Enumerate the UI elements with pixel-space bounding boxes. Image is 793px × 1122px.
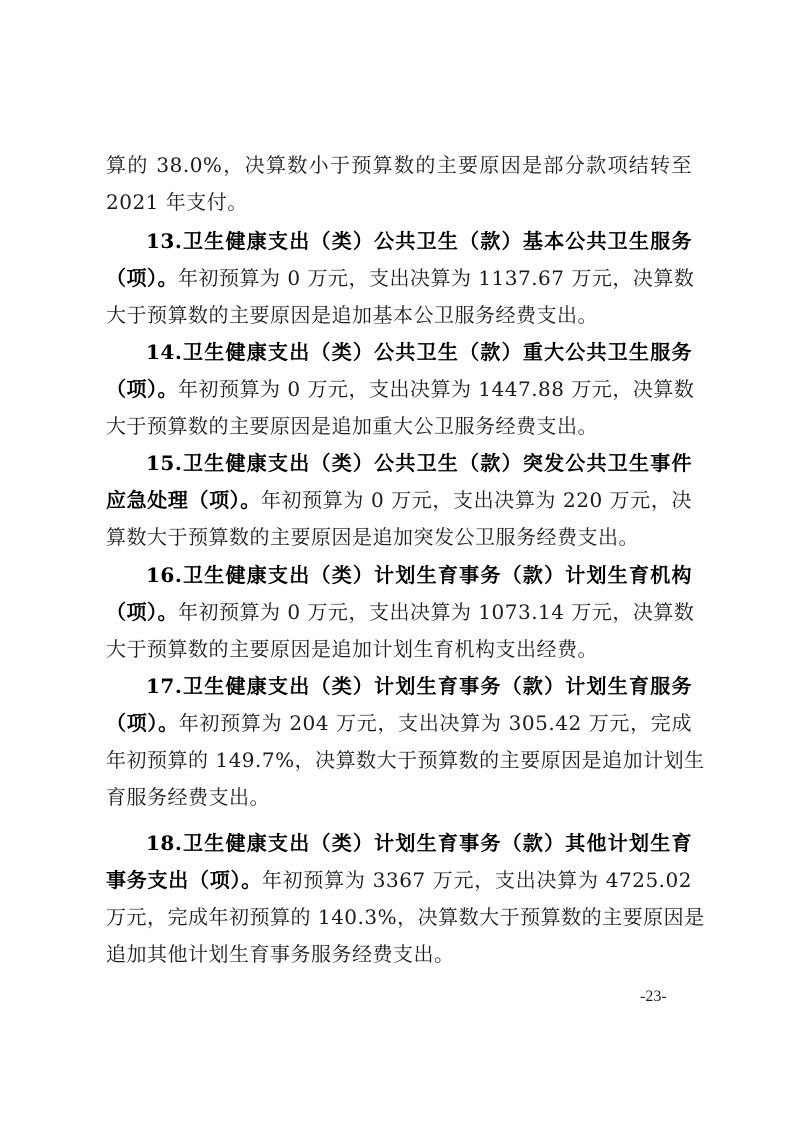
text: 算的 38.0%，决算数小于预算数的主要原因是部分款项结转至: [106, 153, 692, 177]
page-number: -23-: [640, 988, 667, 1006]
item-18-heading: 18.卫生健康支出（类）计划生育事务（款）其他计划生育: [146, 830, 692, 856]
item-15-heading: 15.卫生健康支出（类）公共卫生（款）突发公共卫生事件: [146, 450, 692, 476]
body-text: 年初预算为 3367 万元，支出决算为 4725.02: [262, 868, 692, 892]
heading-text: 18.卫生健康支出（类）计划生育事务（款）其他计划生育: [146, 831, 692, 855]
item-15-line: 算数大于预算数的主要原因是追加突发公卫服务经费支出。: [106, 524, 692, 550]
body-text: 年初预算为 0 万元，支出决算为 1447.88 万元，决算数: [178, 377, 694, 401]
item-18-line: 追加其他计划生育事务服务经费支出。: [106, 941, 692, 967]
item-15-line: 应急处理（项）。年初预算为 0 万元，支出决算为 220 万元，决: [106, 487, 692, 513]
heading-text: 13.卫生健康支出（类）公共卫生（款）基本公共卫生服务: [146, 229, 692, 253]
item-14-line: 大于预算数的主要原因是追加重大公卫服务经费支出。: [106, 413, 692, 439]
body-text: 育服务经费支出。: [106, 785, 270, 809]
paragraph-line: 算的 38.0%，决算数小于预算数的主要原因是部分款项结转至: [106, 152, 692, 178]
item-18-line: 事务支出（项）。年初预算为 3367 万元，支出决算为 4725.02: [106, 867, 692, 893]
body-text: 万元，完成年初预算的 140.3%，决算数大于预算数的主要原因是: [106, 905, 705, 929]
document-page: 算的 38.0%，决算数小于预算数的主要原因是部分款项结转至 2021 年支付。…: [0, 0, 793, 1122]
body-text: 大于预算数的主要原因是追加基本公卫服务经费支出。: [106, 303, 598, 327]
item-17-line: （项）。年初预算为 204 万元，支出决算为 305.42 万元，完成: [106, 710, 692, 736]
item-16-line: 大于预算数的主要原因是追加计划生育机构支出经费。: [106, 636, 692, 662]
paragraph-line: 2021 年支付。: [106, 189, 692, 215]
item-17-heading: 17.卫生健康支出（类）计划生育事务（款）计划生育服务: [146, 673, 692, 699]
item-17-line: 年初预算的 149.7%，决算数大于预算数的主要原因是追加计划生: [106, 747, 692, 773]
body-text: 年初预算为 0 万元，支出决算为 1073.14 万元，决算数: [178, 600, 694, 624]
heading-text: 应急处理（项）。: [106, 488, 261, 512]
heading-text: （项）。: [106, 377, 178, 401]
heading-text: 事务支出（项）。: [106, 868, 262, 892]
text: 2021 年支付。: [106, 190, 248, 214]
heading-text: （项）。: [106, 266, 178, 290]
heading-text: （项）。: [106, 600, 178, 624]
item-16-heading: 16.卫生健康支出（类）计划生育事务（款）计划生育机构: [146, 562, 692, 588]
item-13-heading: 13.卫生健康支出（类）公共卫生（款）基本公共卫生服务: [146, 228, 692, 254]
item-16-line: （项）。年初预算为 0 万元，支出决算为 1073.14 万元，决算数: [106, 599, 692, 625]
item-14-line: （项）。年初预算为 0 万元，支出决算为 1447.88 万元，决算数: [106, 376, 692, 402]
heading-text: 16.卫生健康支出（类）计划生育事务（款）计划生育机构: [146, 563, 692, 587]
body-text: 年初预算为 0 万元，支出决算为 220 万元，决: [261, 488, 692, 512]
body-text: 年初预算的 149.7%，决算数大于预算数的主要原因是追加计划生: [106, 748, 705, 772]
item-14-heading: 14.卫生健康支出（类）公共卫生（款）重大公共卫生服务: [146, 339, 692, 365]
body-text: 年初预算为 204 万元，支出决算为 305.42 万元，完成: [179, 711, 692, 735]
item-17-line: 育服务经费支出。: [106, 784, 692, 810]
body-text: 算数大于预算数的主要原因是追加突发公卫服务经费支出。: [106, 525, 639, 549]
body-text: 大于预算数的主要原因是追加计划生育机构支出经费。: [106, 637, 598, 661]
body-text: 大于预算数的主要原因是追加重大公卫服务经费支出。: [106, 414, 598, 438]
heading-text: 15.卫生健康支出（类）公共卫生（款）突发公共卫生事件: [146, 451, 692, 475]
body-text: 追加其他计划生育事务服务经费支出。: [106, 942, 455, 966]
item-18-line: 万元，完成年初预算的 140.3%，决算数大于预算数的主要原因是: [106, 904, 692, 930]
body-text: 年初预算为 0 万元，支出决算为 1137.67 万元，决算数: [178, 266, 694, 290]
heading-text: （项）。: [106, 711, 179, 735]
item-13-line: （项）。年初预算为 0 万元，支出决算为 1137.67 万元，决算数: [106, 265, 692, 291]
item-13-line: 大于预算数的主要原因是追加基本公卫服务经费支出。: [106, 302, 692, 328]
heading-text: 17.卫生健康支出（类）计划生育事务（款）计划生育服务: [146, 674, 692, 698]
heading-text: 14.卫生健康支出（类）公共卫生（款）重大公共卫生服务: [146, 340, 692, 364]
